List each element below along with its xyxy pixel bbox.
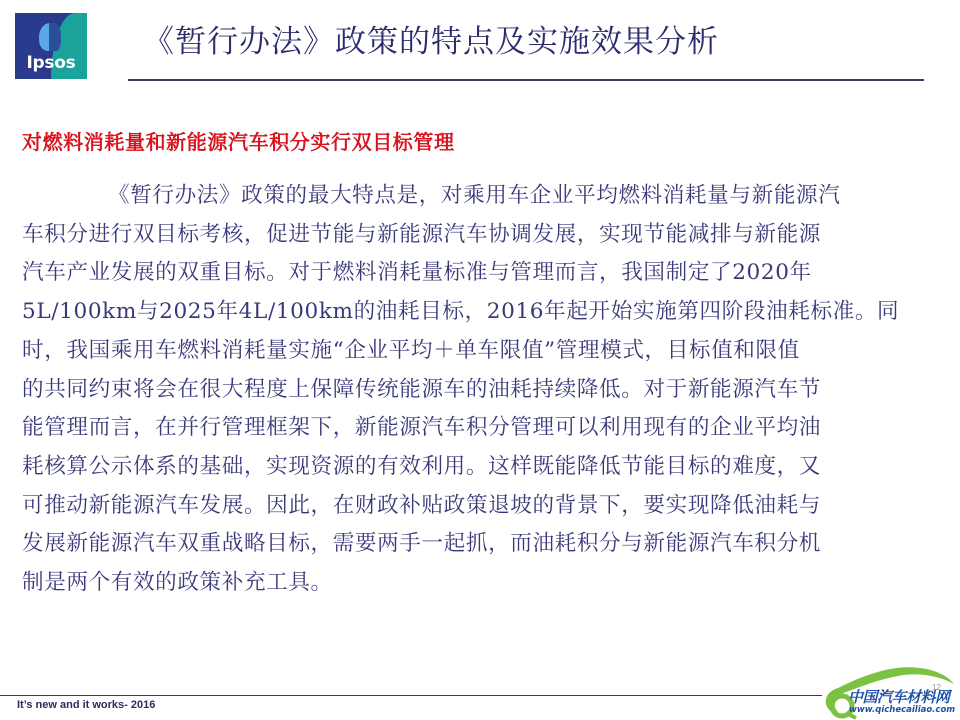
body-line: 发展新能源汽车双重战略目标，需要两手一起抓，而油耗积分与新能源汽车积分机 (22, 525, 940, 564)
watermark-url: www.qichecailiao.com (849, 705, 955, 715)
body-line: 耗核算公示体系的基础，实现资源的有效利用。这样既能降低节能目标的难度，又 (22, 448, 940, 487)
body-line: 5L/100km与2025年4L/100km的油耗目标，2016年起开始实施第四… (22, 293, 940, 332)
section-heading: 对燃料消耗量和新能源汽车积分实行双目标管理 (22, 126, 455, 155)
page-number: 12 (932, 683, 941, 692)
footer-tagline: It’s new and it works- 2016 (17, 699, 155, 711)
body-line: 可推动新能源汽车发展。因此，在财政补贴政策退坡的背景下，要实现降低油耗与 (22, 487, 940, 526)
body-paragraph: 《暂行办法》政策的最大特点是，对乘用车企业平均燃料消耗量与新能源汽 车积分进行双… (22, 177, 940, 603)
logo-face-shadow (49, 23, 61, 51)
body-line: 制是两个有效的政策补充工具。 (22, 564, 940, 603)
slide-title: 《暂行办法》政策的特点及实施效果分析 (143, 16, 719, 61)
logo-wordmark: Ipsos (15, 53, 87, 73)
body-line: 时，我国乘用车燃料消耗量实施“企业平均＋单车限值”管理模式，目标值和限值 (22, 332, 940, 371)
body-line: 车积分进行双目标考核，促进节能与新能源汽车协调发展，实现节能减排与新能源 (22, 216, 940, 255)
ipsos-logo: Ipsos (15, 13, 87, 79)
body-line: 的共同约束将会在很大程度上保障传统能源车的油耗持续降低。对于新能源汽车节 (22, 371, 940, 410)
body-line: 《暂行办法》政策的最大特点是，对乘用车企业平均燃料消耗量与新能源汽 (22, 177, 940, 216)
body-line: 能管理而言，在并行管理框架下，新能源汽车积分管理可以利用现有的企业平均油 (22, 409, 940, 448)
body-line: 汽车产业发展的双重目标。对于燃料消耗量标准与管理而言，我国制定了2020年 (22, 254, 940, 293)
title-divider (128, 79, 924, 81)
footer-divider (0, 695, 822, 696)
